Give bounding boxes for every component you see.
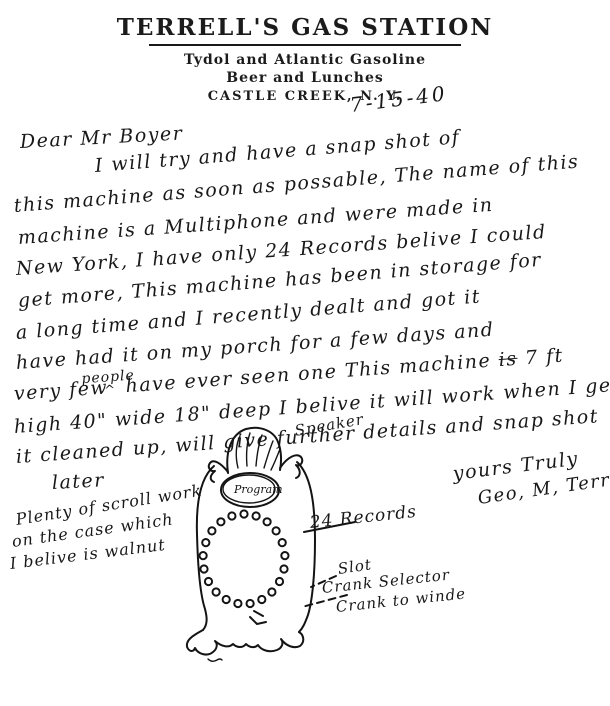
letter-page: TERRELL'S GAS STATION Tydol and Atlantic… [0,0,610,706]
left-scroll-ear [209,461,228,482]
record-circle [208,527,215,534]
slot-mark [250,611,266,624]
record-circle [200,552,207,559]
letterhead-line3: CASTLE CREEK, N. Y. [0,89,610,104]
letter-line-11: later [52,471,106,493]
record-circle [268,588,275,595]
record-circle [273,527,280,534]
program-label: Program [233,483,283,496]
record-circle [280,565,287,572]
record-ring [200,510,289,607]
record-circle [205,578,212,585]
letterhead-line2: Beer and Lunches [0,70,610,86]
line8-struck-word: is [498,348,518,371]
salutation: Dear Mr Boyer [20,124,184,152]
record-circle [213,588,220,595]
pointer-dashes [302,522,355,607]
record-circle [253,512,260,519]
multiphone-sketch: Program [150,418,500,688]
record-circle [281,552,288,559]
foot-squiggle [208,659,222,661]
record-circle [200,565,207,572]
record-circle [228,512,235,519]
program-plaque: Program [221,473,283,507]
record-circle [264,518,271,525]
record-circle [223,596,230,603]
letterhead-rule [149,44,461,46]
record-circle [202,539,209,546]
record-circle [217,518,224,525]
record-circle [258,596,265,603]
letterhead: TERRELL'S GAS STATION Tydol and Atlantic… [0,14,610,104]
letterhead-title: TERRELL'S GAS STATION [0,14,610,41]
record-circle [247,600,254,607]
machine-feet [187,630,303,655]
record-circle [276,578,283,585]
speaker-fan-icon [227,428,281,473]
caret-mark: ^ [104,384,117,398]
record-circle [234,600,241,607]
record-circle [279,539,286,546]
record-circle [240,510,247,517]
insertion-mark: people^ [109,393,119,394]
right-scroll-ear [280,455,302,478]
letterhead-line1: Tydol and Atlantic Gasoline [0,52,610,68]
line8-post: 7 ft [524,345,564,370]
